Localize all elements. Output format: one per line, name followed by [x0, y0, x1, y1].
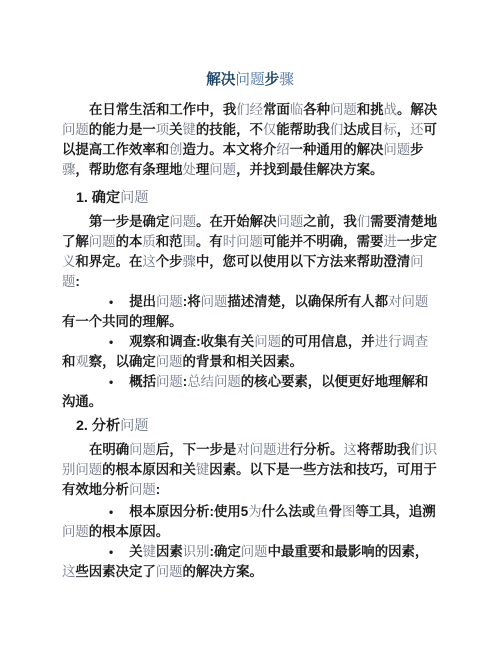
document-page: 解决问题步骤 在日常生活和工作中，我们经常面临各种问题和挑战。解决问题的能力是一… — [0, 0, 500, 647]
section-1-paragraph: 第一步是确定问题。在开始解决问题之前，我们需要清楚地了解问题的本质和范围。有时问… — [62, 212, 438, 292]
intro-paragraph: 在日常生活和工作中，我们经常面临各种问题和挑战。解决问题的能力是一项关键的技能，… — [62, 100, 438, 180]
document-title: 解决问题步骤 — [62, 70, 438, 90]
list-item: •提出问题:将问题描述清楚，以确保所有人都对问题有一个共同的理解。 — [62, 292, 438, 332]
bullet-icon: • — [109, 545, 113, 559]
list-item-text: 根本原因分析:使用5为什么法或鱼骨图等工具，追溯问题的根本原因。 — [62, 504, 436, 539]
list-item-text: 观察和调查:收集有关问题的可用信息，并进行调查和观察，以确定问题的背景和相关因素… — [62, 334, 428, 369]
bullet-icon: • — [109, 375, 113, 389]
list-item: •概括问题:总结问题的核心要素，以便更好地理解和沟通。 — [62, 372, 438, 412]
list-item-text: 关键因素识别:确定问题中最重要和最影响的因素，这些因素决定了问题的解决方案。 — [62, 544, 428, 579]
list-item-text: 提出问题:将问题描述清楚，以确保所有人都对问题有一个共同的理解。 — [62, 294, 428, 329]
list-item: •观察和调查:收集有关问题的可用信息，并进行调查和观察，以确定问题的背景和相关因… — [62, 332, 438, 372]
bullet-icon: • — [109, 505, 113, 519]
list-item: •关键因素识别:确定问题中最重要和最影响的因素，这些因素决定了问题的解决方案。 — [62, 542, 438, 582]
section-2-paragraph: 在明确问题后，下一步是对问题进行分析。这将帮助我们识别问题的根本原因和关键因素。… — [62, 440, 438, 500]
section-2-heading: 2. 分析问题 — [76, 416, 438, 436]
list-item: •根本原因分析:使用5为什么法或鱼骨图等工具，追溯问题的根本原因。 — [62, 502, 438, 542]
bullet-icon: • — [109, 295, 113, 309]
bullet-icon: • — [109, 335, 113, 349]
section-1-heading: 1. 确定问题 — [76, 188, 438, 208]
list-item-text: 概括问题:总结问题的核心要素，以便更好地理解和沟通。 — [62, 374, 428, 409]
